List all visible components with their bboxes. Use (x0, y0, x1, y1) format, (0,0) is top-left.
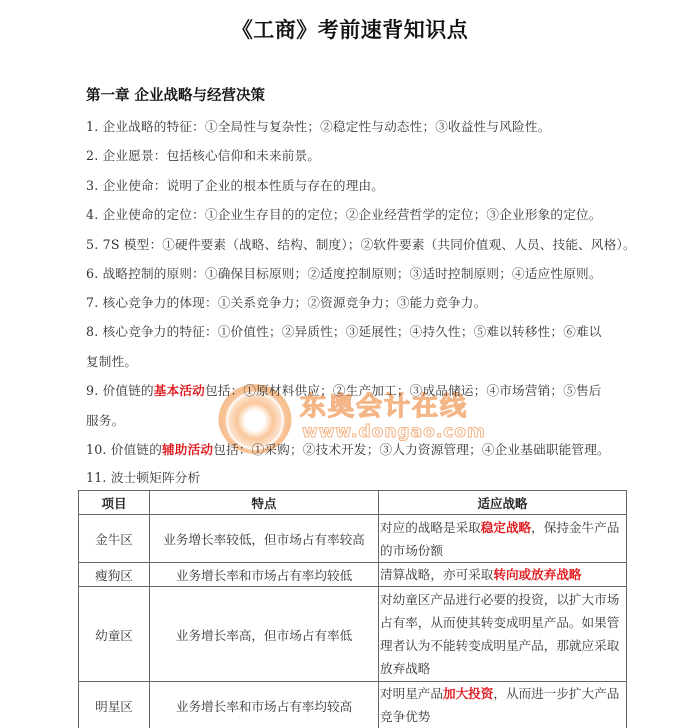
table-row: 瘦狗区 业务增长率和市场占有率均较低 清算战略，亦可采取转向或放弃战略 (79, 563, 627, 587)
strategy-highlight: 转向或放弃战略 (493, 567, 581, 582)
point-5: 5. 7S 模型：①硬件要素（战略、结构、制度）；②软件要素（共同价值观、人员、… (86, 234, 636, 253)
table-row: 金牛区 业务增长率较低，但市场占有率较高 对应的战略是采取稳定战略，保持金牛产品… (79, 515, 627, 563)
point-4: 4. 企业使命的定位：①企业生存目的的定位；②企业经营哲学的定位；③企业形象的定… (86, 204, 602, 223)
table-row: 幼童区 业务增长率高，但市场占有率低 对幼童区产品进行必要的投资，以扩大市场占有… (79, 587, 627, 682)
point-10-suffix: 包括：①采购；②技术开发；③人力资源管理；④企业基础职能管理。 (213, 442, 610, 457)
point-10-highlight: 辅助活动 (162, 442, 213, 457)
cell-feature: 业务增长率和市场占有率均较高 (150, 682, 379, 728)
strategy-text: 对明星产品 (380, 686, 443, 701)
table-row: 明星区 业务增长率和市场占有率均较高 对明星产品加大投资，从而进一步扩大产品竞争… (79, 682, 627, 728)
cell-item: 明星区 (79, 682, 150, 728)
strategy-text: 清算战略，亦可采取 (380, 567, 493, 582)
point-1: 1. 企业战略的特征：①全局性与复杂性；②稳定性与动态性；③收益性与风险性。 (86, 116, 550, 135)
strategy-text: 对幼童区产品进行必要的投资，以扩大市场占有率，从而使其转变成明星产品。如果管理者… (380, 592, 619, 676)
point-3: 3. 企业使命：说明了企业的根本性质与存在的理由。 (86, 175, 384, 194)
strategy-highlight: 加大投资 (443, 686, 493, 701)
cell-feature: 业务增长率高，但市场占有率低 (150, 587, 379, 682)
cell-strategy: 对幼童区产品进行必要的投资，以扩大市场占有率，从而使其转变成明星产品。如果管理者… (379, 587, 627, 682)
point-9-suffix: 包括：①原材料供应；②生产加工；③成品储运；④市场营销；⑤售后 (205, 383, 602, 398)
point-2: 2. 企业愿景：包括核心信仰和未来前景。 (86, 145, 320, 164)
cell-strategy: 对明星产品加大投资，从而进一步扩大产品竞争优势 (379, 682, 627, 728)
point-10-prefix: 10. 价值链的 (86, 442, 162, 457)
point-8: 8. 核心竞争力的特征：①价值性；②异质性；③延展性；④持久性；⑤难以转移性；⑥… (86, 321, 602, 340)
header-item: 项目 (79, 491, 150, 515)
header-strategy: 适应战略 (379, 491, 627, 515)
strategy-highlight: 稳定战略 (481, 520, 531, 535)
point-7: 7. 核心竞争力的体现：①关系竞争力；②资源竞争力；③能力竞争力。 (86, 292, 486, 311)
table-header-row: 项目 特点 适应战略 (79, 491, 627, 515)
point-10: 10. 价值链的辅助活动包括：①采购；②技术开发；③人力资源管理；④企业基础职能… (86, 439, 610, 458)
bcg-matrix-table: 项目 特点 适应战略 金牛区 业务增长率较低，但市场占有率较高 对应的战略是采取… (78, 490, 627, 728)
cell-feature: 业务增长率较低，但市场占有率较高 (150, 515, 379, 563)
point-9-highlight: 基本活动 (154, 383, 205, 398)
cell-item: 幼童区 (79, 587, 150, 682)
chapter-heading: 第一章 企业战略与经营决策 (86, 84, 265, 105)
cell-strategy: 清算战略，亦可采取转向或放弃战略 (379, 563, 627, 587)
header-feature: 特点 (150, 491, 379, 515)
document-title: 《工商》考前速背知识点 (0, 14, 700, 44)
point-9-prefix: 9. 价值链的 (86, 383, 154, 398)
point-9: 9. 价值链的基本活动包括：①原材料供应；②生产加工；③成品储运；④市场营销；⑤… (86, 380, 602, 399)
point-11: 11. 波士顿矩阵分析 (86, 467, 200, 486)
point-9-continued: 服务。 (86, 410, 124, 429)
strategy-text: 对应的战略是采取 (380, 520, 481, 535)
cell-strategy: 对应的战略是采取稳定战略，保持金牛产品的市场份额 (379, 515, 627, 563)
cell-item: 金牛区 (79, 515, 150, 563)
point-6: 6. 战略控制的原则：①确保目标原则；②适度控制原则；③适时控制原则；④适应性原… (86, 263, 602, 282)
cell-item: 瘦狗区 (79, 563, 150, 587)
point-8-continued: 复制性。 (86, 351, 137, 370)
cell-feature: 业务增长率和市场占有率均较低 (150, 563, 379, 587)
